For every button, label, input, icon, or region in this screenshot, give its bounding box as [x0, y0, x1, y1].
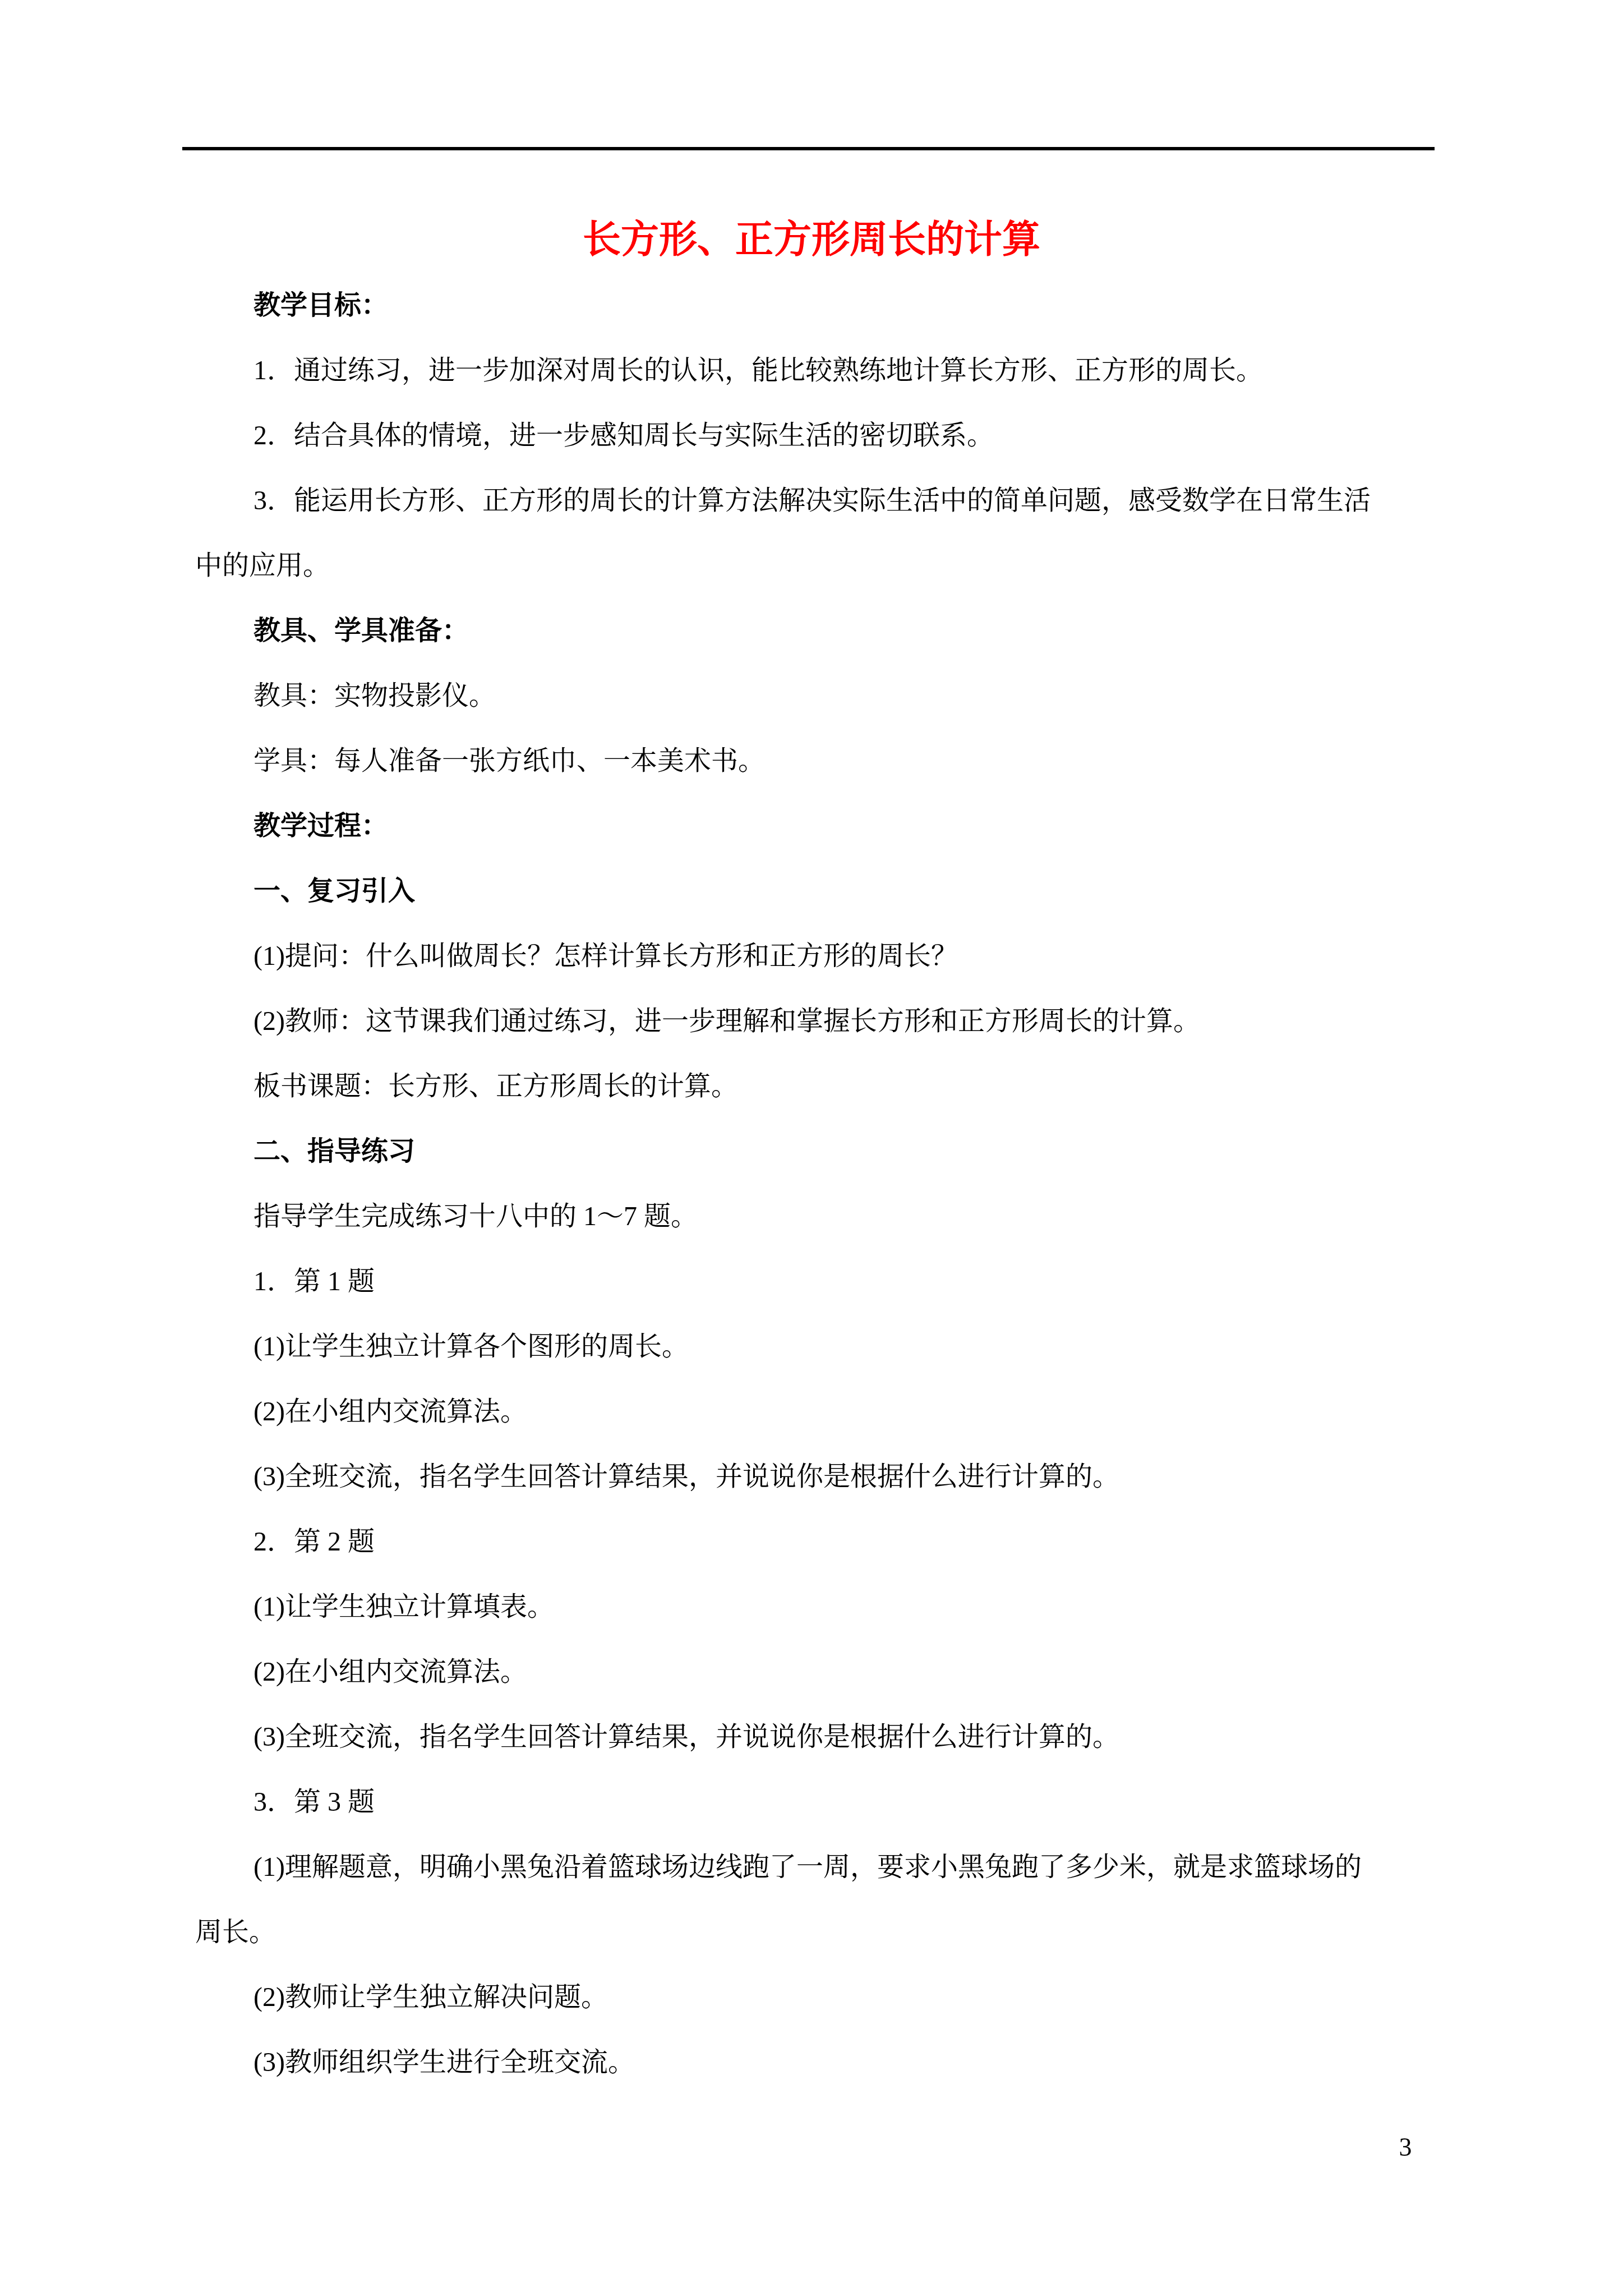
text-line: (1)提问：什么叫做周长？怎样计算长方形和正方形的周长？: [195, 924, 1451, 989]
text-line: (3)全班交流，指名学生回答计算结果，并说说你是根据什么进行计算的。: [195, 1444, 1451, 1510]
page-title: 长方形、正方形周长的计算: [0, 207, 1623, 272]
text-line: 教具、学具准备：: [195, 599, 1451, 664]
text-line: 1．第 1 题: [195, 1249, 1451, 1314]
text-line: (1)让学生独立计算各个图形的周长。: [195, 1314, 1451, 1379]
text-line: 1．通过练习，进一步加深对周长的认识，能比较熟练地计算长方形、正方形的周长。: [195, 338, 1451, 403]
text-line: 3．能运用长方形、正方形的周长的计算方法解决实际生活中的简单问题，感受数学在日常…: [195, 468, 1451, 533]
text-line: (2)在小组内交流算法。: [195, 1640, 1451, 1705]
text-line: 教具：实物投影仪。: [195, 664, 1451, 729]
text-line: 2．结合具体的情境，进一步感知周长与实际生活的密切联系。: [195, 403, 1451, 468]
text-line: 二、指导练习: [195, 1119, 1451, 1184]
text-line: 板书课题：长方形、正方形周长的计算。: [195, 1054, 1451, 1119]
text-line: 中的应用。: [195, 533, 1451, 599]
text-line: 周长。: [195, 1900, 1451, 1965]
text-line: (2)教师：这节课我们通过练习，进一步理解和掌握长方形和正方形周长的计算。: [195, 989, 1451, 1054]
text-line: 2．第 2 题: [195, 1510, 1451, 1575]
text-line: (2)教师让学生独立解决问题。: [195, 1965, 1451, 2030]
text-line: 教学过程：: [195, 794, 1451, 859]
text-line: 指导学生完成练习十八中的 1～7 题。: [195, 1184, 1451, 1249]
text-line: (2)在小组内交流算法。: [195, 1379, 1451, 1444]
header-rule: [182, 147, 1435, 150]
document-body: 教学目标：1．通过练习，进一步加深对周长的认识，能比较熟练地计算长方形、正方形的…: [195, 273, 1451, 2095]
text-line: 3．第 3 题: [195, 1770, 1451, 1835]
text-line: (1)让学生独立计算填表。: [195, 1575, 1451, 1640]
document-page: 长方形、正方形周长的计算 教学目标：1．通过练习，进一步加深对周长的认识，能比较…: [0, 0, 1623, 2296]
text-line: (1)理解题意，明确小黑兔沿着篮球场边线跑了一周，要求小黑兔跑了多少米，就是求篮…: [195, 1835, 1451, 1900]
text-line: (3)教师组织学生进行全班交流。: [195, 2030, 1451, 2095]
text-line: 一、复习引入: [195, 859, 1451, 924]
text-line: 教学目标：: [195, 273, 1451, 338]
text-line: 学具：每人准备一张方纸巾、一本美术书。: [195, 729, 1451, 794]
page-number: 3: [1385, 2129, 1426, 2165]
text-line: (3)全班交流，指名学生回答计算结果，并说说你是根据什么进行计算的。: [195, 1705, 1451, 1770]
